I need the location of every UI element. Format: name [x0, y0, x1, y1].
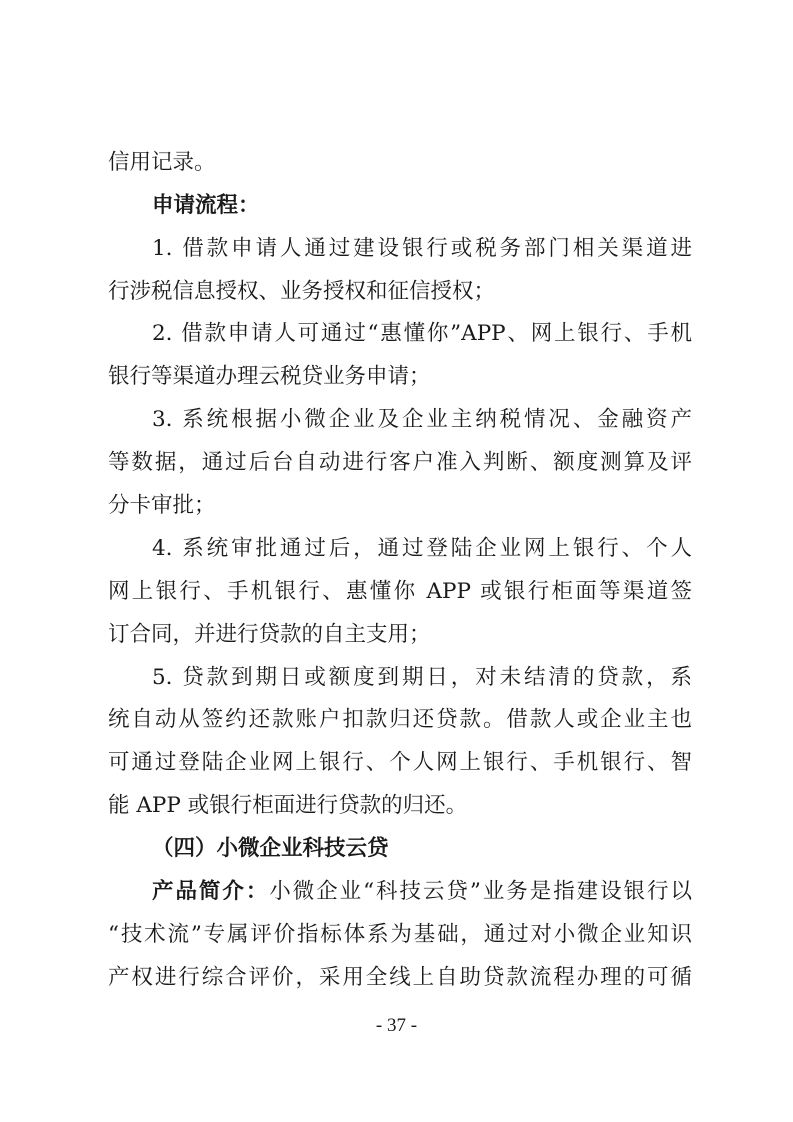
section-heading-tech-cloud-loan: （四）小微企业科技云贷	[152, 834, 692, 864]
section-heading-application-process: 申请流程：	[152, 191, 692, 221]
text-line: 4. 系统审批通过后，通过登陆企业网上银行、个人	[152, 534, 692, 564]
text-line: 网上银行、手机银行、惠懂你 APP 或银行柜面等渠道签	[108, 577, 692, 607]
text-line: 产权进行综合评价，采用全线上自助贷款流程办理的可循	[108, 963, 692, 993]
text-line: 订合同，并进行贷款的自主支用；	[108, 620, 692, 650]
product-intro-text: 小微企业“科技云贷”业务是指建设银行以	[269, 879, 692, 904]
product-intro-line: 产品简介：小微企业“科技云贷”业务是指建设银行以	[152, 877, 692, 907]
text-line: 分卡审批；	[108, 491, 692, 521]
text-line: 能 APP 或银行柜面进行贷款的归还。	[108, 791, 692, 821]
text-line: “技术流”专属评价指标体系为基础，通过对小微企业知识	[108, 920, 692, 950]
text-line: 可通过登陆企业网上银行、个人网上银行、手机银行、智	[108, 748, 692, 778]
text-line: 2. 借款申请人可通过“惠懂你”APP、网上银行、手机	[152, 319, 692, 349]
text-line: 行涉税信息授权、业务授权和征信授权；	[108, 277, 692, 307]
product-intro-label: 产品简介：	[152, 879, 269, 904]
text-line: 信用记录。	[108, 148, 692, 178]
document-page: 信用记录。 申请流程： 1. 借款申请人通过建设银行或税务部门相关渠道进 行涉税…	[0, 0, 793, 1122]
page-number: - 37 -	[0, 1013, 793, 1039]
text-line: 3. 系统根据小微企业及企业主纳税情况、金融资产	[152, 405, 692, 435]
text-line: 统自动从签约还款账户扣款归还贷款。借款人或企业主也	[108, 705, 692, 735]
text-line: 5. 贷款到期日或额度到期日，对未结清的贷款，系	[152, 663, 692, 693]
text-line: 银行等渠道办理云税贷业务申请；	[108, 362, 692, 392]
text-line: 等数据，通过后台自动进行客户准入判断、额度测算及评	[108, 448, 692, 478]
text-line: 1. 借款申请人通过建设银行或税务部门相关渠道进	[152, 234, 692, 264]
